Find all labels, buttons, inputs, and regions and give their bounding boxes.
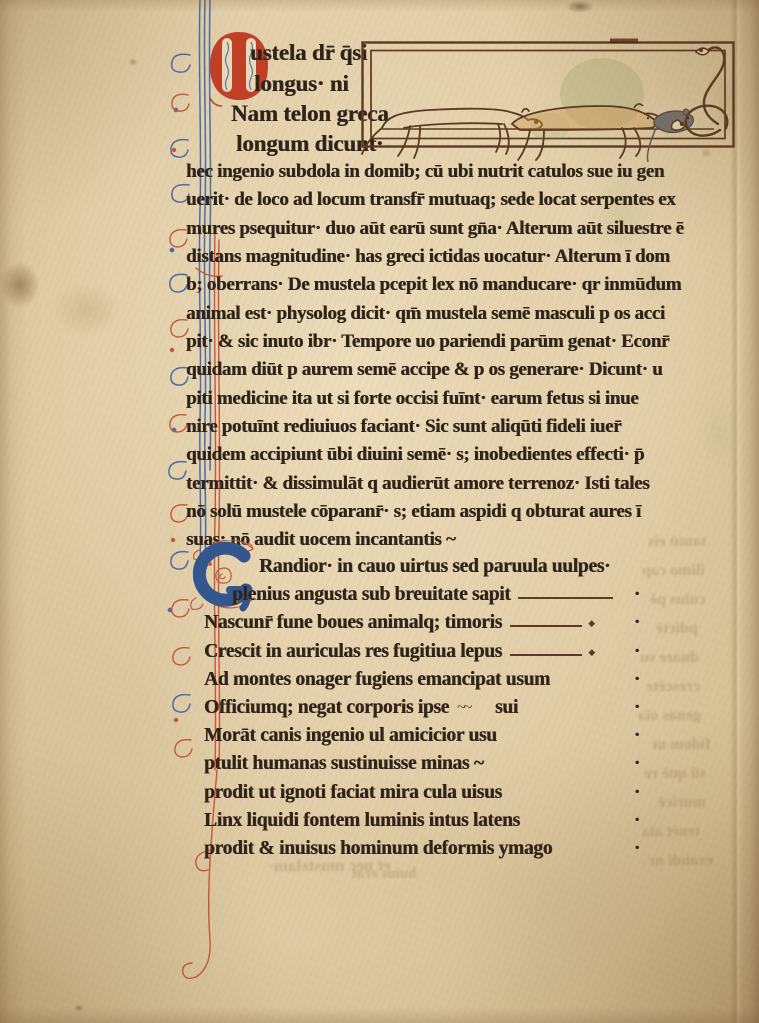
prose-line: animal est· physolog dicit· qm̄ mustela … <box>186 300 746 328</box>
punctus-dot: · <box>634 725 640 747</box>
punctus-dot: · <box>634 641 640 663</box>
verse-line: Randior· in cauo uirtus sed paruula uulp… <box>204 556 640 584</box>
manuscript-page: M ustela dr̄ q̄si longus· ni Nam telon g… <box>0 0 759 1023</box>
bottom-page-edge <box>0 1007 759 1023</box>
initial-m-letter: M <box>0 0 1 1</box>
stain-tan-blotch <box>52 282 122 338</box>
punctus-dot: · <box>634 782 640 804</box>
stain-top-edge <box>566 0 594 13</box>
verse-line: prodit ut ignoti faciat mira cula uisus· <box>204 782 640 810</box>
punctus-dot: · <box>634 838 640 860</box>
bleed-through-text: ilimo cap <box>642 562 705 581</box>
prose-line: hec ingenio subdola in domib; cū ubi nut… <box>186 158 746 186</box>
prose-line: termittit· & dissimulāt q audierūt amore… <box>186 470 746 498</box>
punctus-dot: · <box>634 810 640 832</box>
initial-g-letter: G <box>0 0 1 1</box>
verse-line: Ad montes onager fugiens emancipat usum· <box>204 669 640 697</box>
prose-line: quidam diūt p aurem semē accipe & p os g… <box>186 356 746 384</box>
verse-text-block: Randior· in cauo uirtus sed paruula uulp… <box>204 556 640 866</box>
bleed-through-text: muricē <box>658 794 706 812</box>
punctus-dot: · <box>634 669 640 691</box>
prose-text-block: hec ingenio subdola in domib; cū ubi nut… <box>186 158 746 555</box>
weasel-miniature <box>352 32 746 166</box>
verse-line: prodit & inuisus hominum deformis ymago· <box>204 838 640 866</box>
bleed-through-text: crescēte <box>646 678 700 696</box>
bleed-through-text: huius erat <box>352 866 417 884</box>
prose-line: mures psequitur· duo aūt earū sunt gn̄a·… <box>186 215 746 243</box>
bleed-through-text: exaudi nr <box>648 852 713 871</box>
bleed-through-text: fidom ut <box>652 736 710 755</box>
verse-line: Nascunr̄ fune boues animalq; timoris· <box>204 612 640 640</box>
punctus-dot: · <box>634 584 640 606</box>
prose-line: nire potuīnt rediuiuos faciant· Sic sunt… <box>186 413 746 441</box>
opening-line: longus· ni <box>254 71 349 97</box>
verse-line: ptulit humanas sustinuisse minas ~· <box>204 753 640 781</box>
verse-line: plenius angusta sub breuitate sapit· <box>204 584 640 612</box>
foxing-spot <box>128 58 138 66</box>
weasel-left <box>362 109 542 158</box>
left-page-edge <box>0 0 28 1023</box>
bleed-through-text: genas oīa <box>638 707 701 726</box>
stain-brown-scribble <box>0 262 40 308</box>
prose-line: nō solū mustele cōparanr̄· s; etiam aspi… <box>186 498 746 526</box>
bleed-through-text: duaze su <box>640 649 699 668</box>
prose-line: suas; nō audit uocem incantantis ~ <box>186 526 746 554</box>
serpents <box>672 47 728 135</box>
prose-line: quidem accipiunt ūbi diuini semē· s; ino… <box>186 441 746 469</box>
punctus-dot: · <box>634 697 640 719</box>
prose-line: b; oberrans· De mustela pcepit lex nō ma… <box>186 271 746 299</box>
bleed-through-text: pdictē <box>656 620 698 638</box>
opening-line: ustela dr̄ q̄si <box>250 40 367 66</box>
punctus-dot: · <box>634 753 640 775</box>
line-filler <box>518 597 613 599</box>
verse-line: Linx liquidi fontem luminis intus latens… <box>204 810 640 838</box>
bleed-through-text: tenēt aīa <box>642 823 700 842</box>
line-filler <box>510 625 582 627</box>
foxing-spot <box>74 1004 84 1012</box>
top-page-edge <box>0 0 759 12</box>
prose-line: distans magnitudine· has greci ictidas u… <box>186 243 746 271</box>
prose-line: piti medicine ita ut si forte occisi fuī… <box>186 385 746 413</box>
bleed-through-text: cuius pē <box>650 591 706 609</box>
prose-line: uerit· de loco ad locum transfr̄ mutuaq;… <box>186 186 746 214</box>
verse-line: Morāt canis ingenio ul amicicior usu· <box>204 725 640 753</box>
punctus-dot: · <box>634 612 640 634</box>
verse-line: Crescit in auriculas res fugitiua lepus· <box>204 641 640 669</box>
prose-line: pit· & sic inuto ibr· Tempore uo pariend… <box>186 328 746 356</box>
verse-line: Officiumq; negat corporis ipsesui· <box>204 697 640 725</box>
bleed-through-text: sū quē re <box>644 765 706 784</box>
line-filler <box>510 654 582 656</box>
